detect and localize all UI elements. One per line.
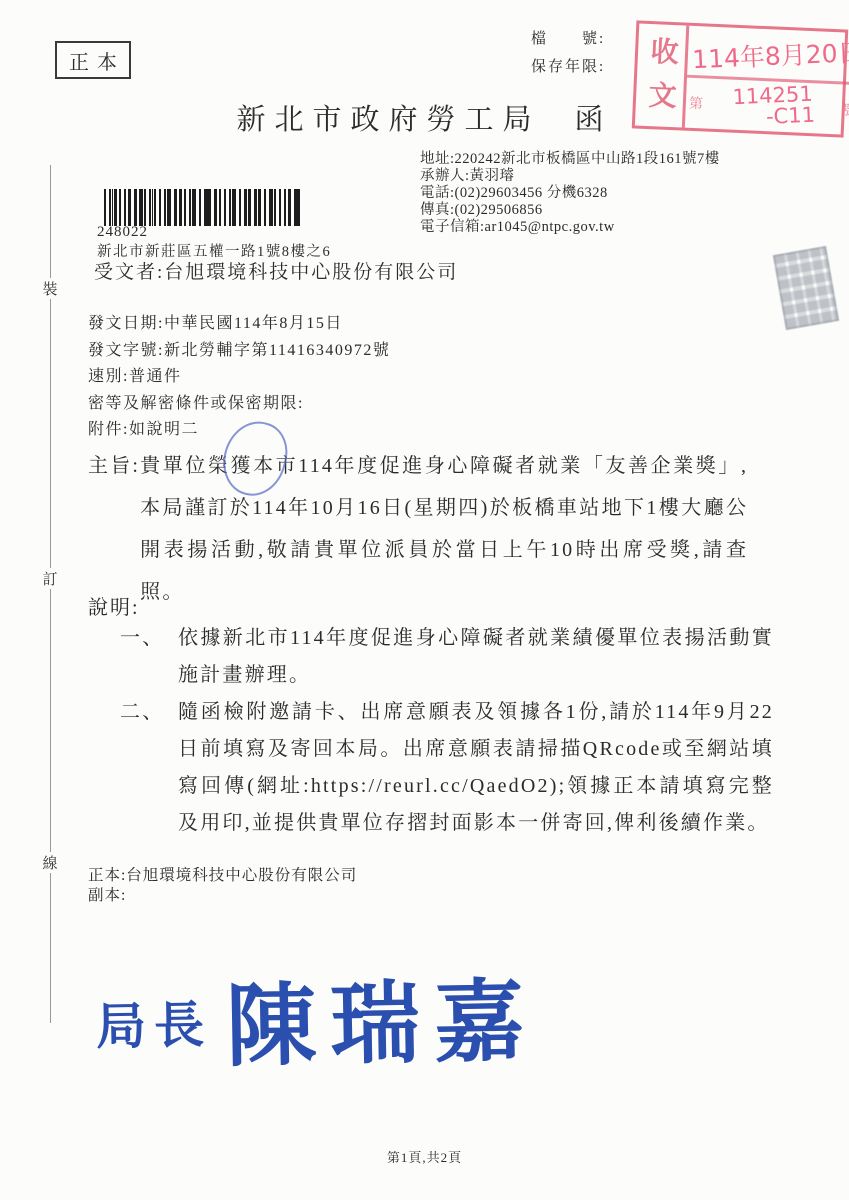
handwritten-received-date: 114年8月20日	[691, 32, 849, 75]
file-labels: 檔 號: 保存年限:	[531, 25, 605, 81]
scanned-official-letter: 裝 訂 線 正本 檔 號: 保存年限: 收文 114年8月20日 第 11425…	[0, 0, 849, 1200]
contact-line: 承辦人:黃羽璿	[420, 168, 720, 185]
contact-line: 電話:(02)29603456 分機6328	[420, 185, 720, 202]
subject-label: 主旨:	[88, 445, 140, 613]
barcode	[104, 189, 300, 226]
document-type: 函	[575, 104, 613, 136]
binding-char-zhuang: 裝	[39, 278, 61, 299]
contact-line: 地址:220242新北市板橋區中山路1段161號7樓	[420, 151, 720, 168]
meta-line: 發文日期:中華民國114年8月15日	[88, 311, 390, 338]
meta-line: 速別:普通件	[88, 364, 390, 391]
explanation-label: 說明:	[88, 591, 140, 620]
signature-stamp: 局長 陳瑞嘉	[95, 948, 539, 1086]
signer-name: 陳瑞嘉	[225, 948, 539, 1083]
meta-line: 發文字號:新北勞輔字第11416340972號	[88, 338, 390, 365]
document-title: 新北市政府勞工局函	[0, 97, 849, 138]
item-text: 依據新北市114年度促進身心障礙者就業績優單位表揚活動實施計畫辦理。	[178, 620, 774, 694]
issuing-agency: 新北市政府勞工局	[236, 104, 540, 136]
item-number: 二、	[120, 694, 178, 842]
copy-type-label: 正本	[69, 46, 125, 75]
distribution-block: 正本:台旭環境科技中心股份有限公司副本:	[88, 866, 357, 905]
contact-line: 傳真:(02)29506856	[420, 202, 720, 219]
received-date-row: 114年8月20日	[687, 26, 849, 86]
item-text: 隨函檢附邀請卡、出席意願表及領據各1份,請於114年9月22日前填寫及寄回本局。…	[178, 694, 774, 842]
contact-line: 電子信箱:ar1045@ntpc.gov.tw	[420, 219, 720, 236]
binding-char-ding: 訂	[39, 568, 61, 589]
bleed-through-stamp	[773, 246, 839, 330]
file-number-label: 檔 號:	[531, 25, 605, 53]
subject-block: 主旨: 貴單位榮獲本市114年度促進身心障礙者就業「友善企業獎」,本局謹訂於11…	[88, 445, 748, 613]
explanation-item: 一、依據新北市114年度促進身心障礙者就業績優單位表揚活動實施計畫辦理。	[120, 620, 780, 694]
barcode-number: 248022	[97, 224, 148, 241]
meta-line: 密等及解密條件或保密期限:	[88, 391, 390, 418]
page-number: 第1頁,共2頁	[0, 1147, 849, 1166]
signer-title: 局長	[95, 985, 212, 1059]
explanation-items: 一、依據新北市114年度促進身心障礙者就業績優單位表揚活動實施計畫辦理。二、隨函…	[120, 620, 780, 842]
recipient-line: 受文者:台旭環境科技中心股份有限公司	[94, 257, 458, 284]
contact-info-block: 地址:220242新北市板橋區中山路1段161號7樓承辦人:黃羽璿電話:(02)…	[420, 151, 720, 236]
retention-period-label: 保存年限:	[531, 53, 605, 81]
copy-type-box: 正本	[55, 41, 131, 79]
binding-char-xian: 線	[39, 852, 61, 873]
distribution-line: 副本:	[88, 886, 357, 906]
item-number: 一、	[120, 620, 178, 694]
document-meta-block: 發文日期:中華民國114年8月15日發文字號:新北勞輔字第11416340972…	[88, 311, 390, 444]
distribution-line: 正本:台旭環境科技中心股份有限公司	[88, 866, 357, 886]
explanation-item: 二、隨函檢附邀請卡、出席意願表及領據各1份,請於114年9月22日前填寫及寄回本…	[120, 694, 780, 842]
